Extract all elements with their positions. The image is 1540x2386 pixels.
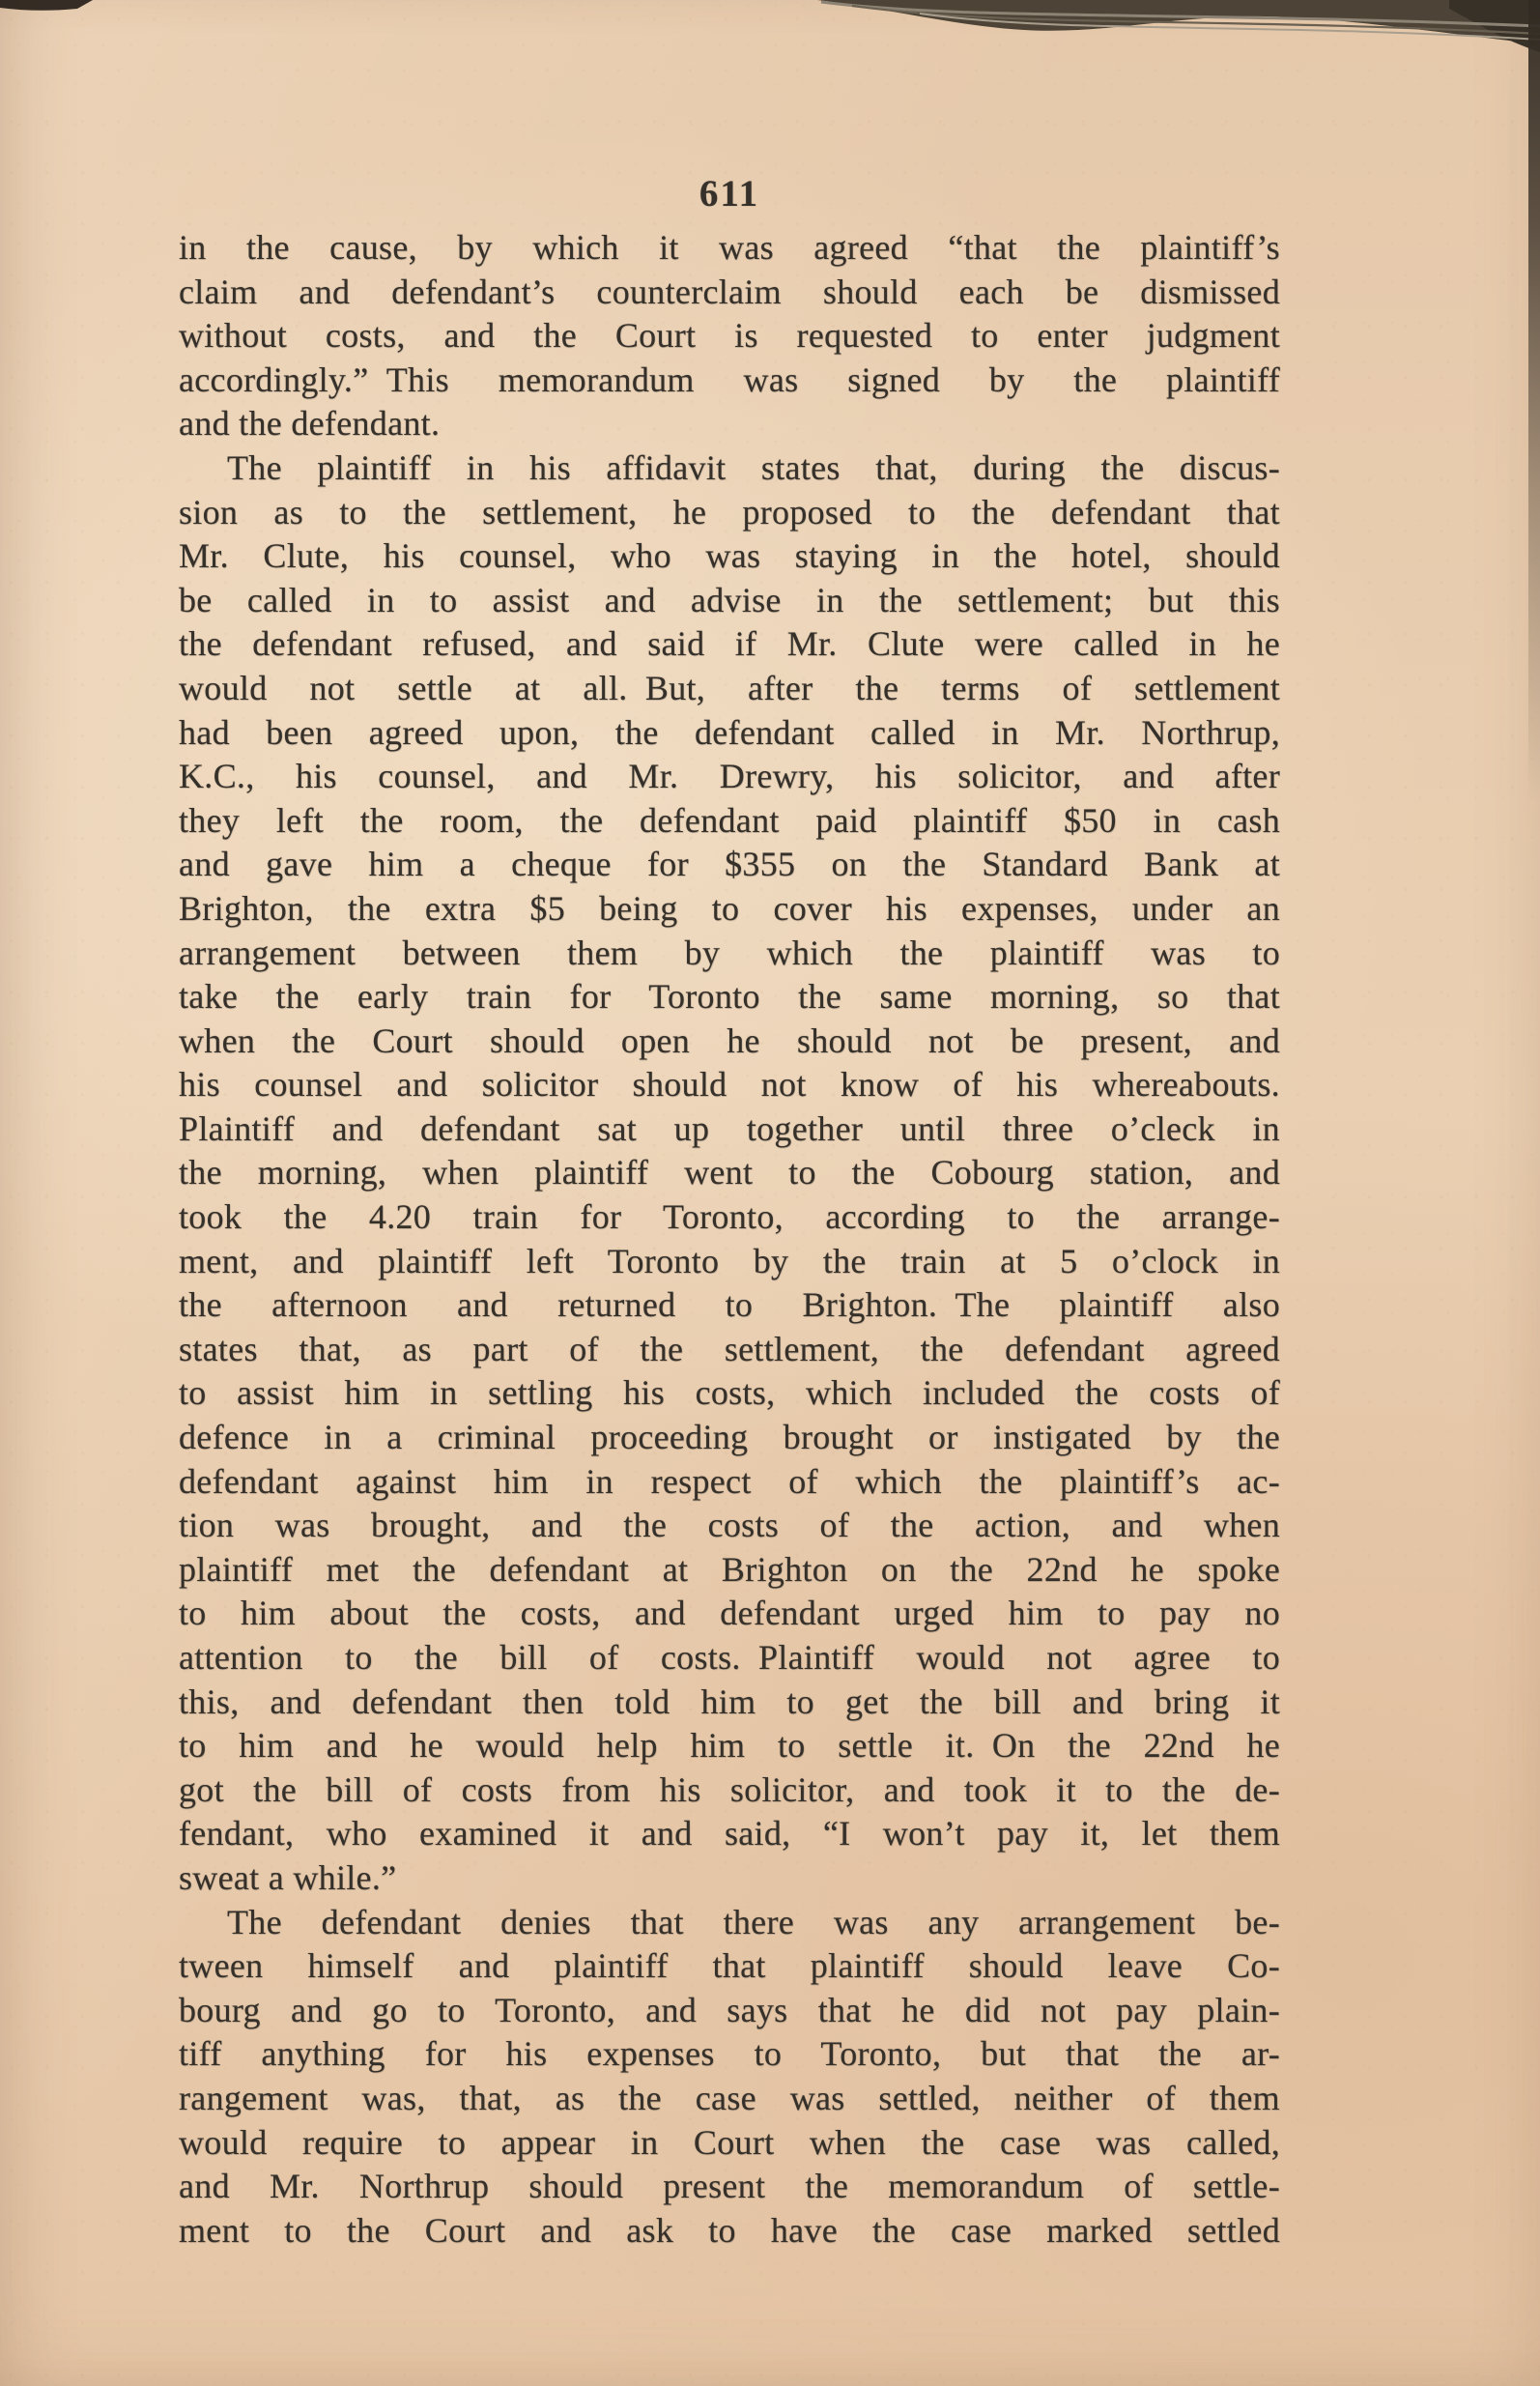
text-block: in the cause, by which it was agreed “th…: [179, 226, 1280, 2253]
text-line: and the defendant.: [179, 402, 1280, 446]
text-line: in the cause, by which it was agreed “th…: [179, 226, 1280, 271]
text-line: Brighton, the extra $5 being to cover hi…: [179, 887, 1280, 932]
text-line: to him and he would help him to settle i…: [179, 1724, 1280, 1768]
text-line: without costs, and the Court is requeste…: [179, 314, 1280, 359]
text-line: bourg and go to Toronto, and says that h…: [179, 1989, 1280, 2033]
text-line: took the 4.20 train for Toronto, accordi…: [179, 1195, 1280, 1240]
text-line: claim and defendant’s counterclaim shoul…: [179, 271, 1280, 315]
text-line: tion was brought, and the costs of the a…: [179, 1504, 1280, 1548]
text-line: sweat a while.”: [179, 1856, 1280, 1901]
text-line: sion as to the settlement, he proposed t…: [179, 491, 1280, 535]
text-line: attention to the bill of costs. Plaintif…: [179, 1636, 1280, 1681]
text-line: to him about the costs, and defendant ur…: [179, 1592, 1280, 1636]
text-line: Mr. Clute, his counsel, who was staying …: [179, 534, 1280, 579]
text-line: the morning, when plaintiff went to the …: [179, 1151, 1280, 1195]
text-line: ment, and plaintiff left Toronto by the …: [179, 1240, 1280, 1284]
text-line: ment to the Court and ask to have the ca…: [179, 2209, 1280, 2254]
text-line: the defendant refused, and said if Mr. C…: [179, 622, 1280, 667]
paragraph: The plaintiff in his affidavit states th…: [179, 446, 1280, 1901]
text-line: The plaintiff in his affidavit states th…: [179, 446, 1280, 491]
text-line: plaintiff met the defendant at Brighton …: [179, 1548, 1280, 1593]
text-line: accordingly.” This memorandum was signed…: [179, 359, 1280, 403]
paragraph: The defendant denies that there was any …: [179, 1901, 1280, 2254]
text-line: when the Court should open he should not…: [179, 1020, 1280, 1064]
page-number: 611: [179, 172, 1280, 216]
text-line: fendant, who examined it and said, “I wo…: [179, 1812, 1280, 1856]
text-line: the afternoon and returned to Brighton. …: [179, 1283, 1280, 1328]
text-line: to assist him in settling his costs, whi…: [179, 1371, 1280, 1416]
text-line: rangement was, that, as the case was set…: [179, 2077, 1280, 2121]
text-line: and gave him a cheque for $355 on the St…: [179, 843, 1280, 887]
text-line: be called in to assist and advise in the…: [179, 579, 1280, 623]
text-line: states that, as part of the settlement, …: [179, 1328, 1280, 1372]
text-line: K.C., his counsel, and Mr. Drewry, his s…: [179, 755, 1280, 799]
text-line: tiff anything for his expenses to Toront…: [179, 2032, 1280, 2077]
text-line: take the early train for Toronto the sam…: [179, 975, 1280, 1020]
text-line: they left the room, the defendant paid p…: [179, 799, 1280, 844]
scanned-book-page: 611 in the cause, by which it was agreed…: [0, 0, 1540, 2386]
text-line: defence in a criminal proceeding brought…: [179, 1416, 1280, 1460]
text-line: defendant against him in respect of whic…: [179, 1460, 1280, 1505]
text-line: Plaintiff and defendant sat up together …: [179, 1107, 1280, 1152]
text-line: arrangement between them by which the pl…: [179, 932, 1280, 976]
text-line: and Mr. Northrup should present the memo…: [179, 2165, 1280, 2209]
text-line: The defendant denies that there was any …: [179, 1901, 1280, 1945]
text-line: got the bill of costs from his solicitor…: [179, 1768, 1280, 1813]
paragraph: in the cause, by which it was agreed “th…: [179, 226, 1280, 446]
text-line: this, and defendant then told him to get…: [179, 1681, 1280, 1725]
text-line: tween himself and plaintiff that plainti…: [179, 1944, 1280, 1989]
text-line: would not settle at all. But, after the …: [179, 667, 1280, 711]
text-line: had been agreed upon, the defendant call…: [179, 711, 1280, 756]
text-line: would require to appear in Court when th…: [179, 2121, 1280, 2166]
text-line: his counsel and solicitor should not kno…: [179, 1063, 1280, 1107]
